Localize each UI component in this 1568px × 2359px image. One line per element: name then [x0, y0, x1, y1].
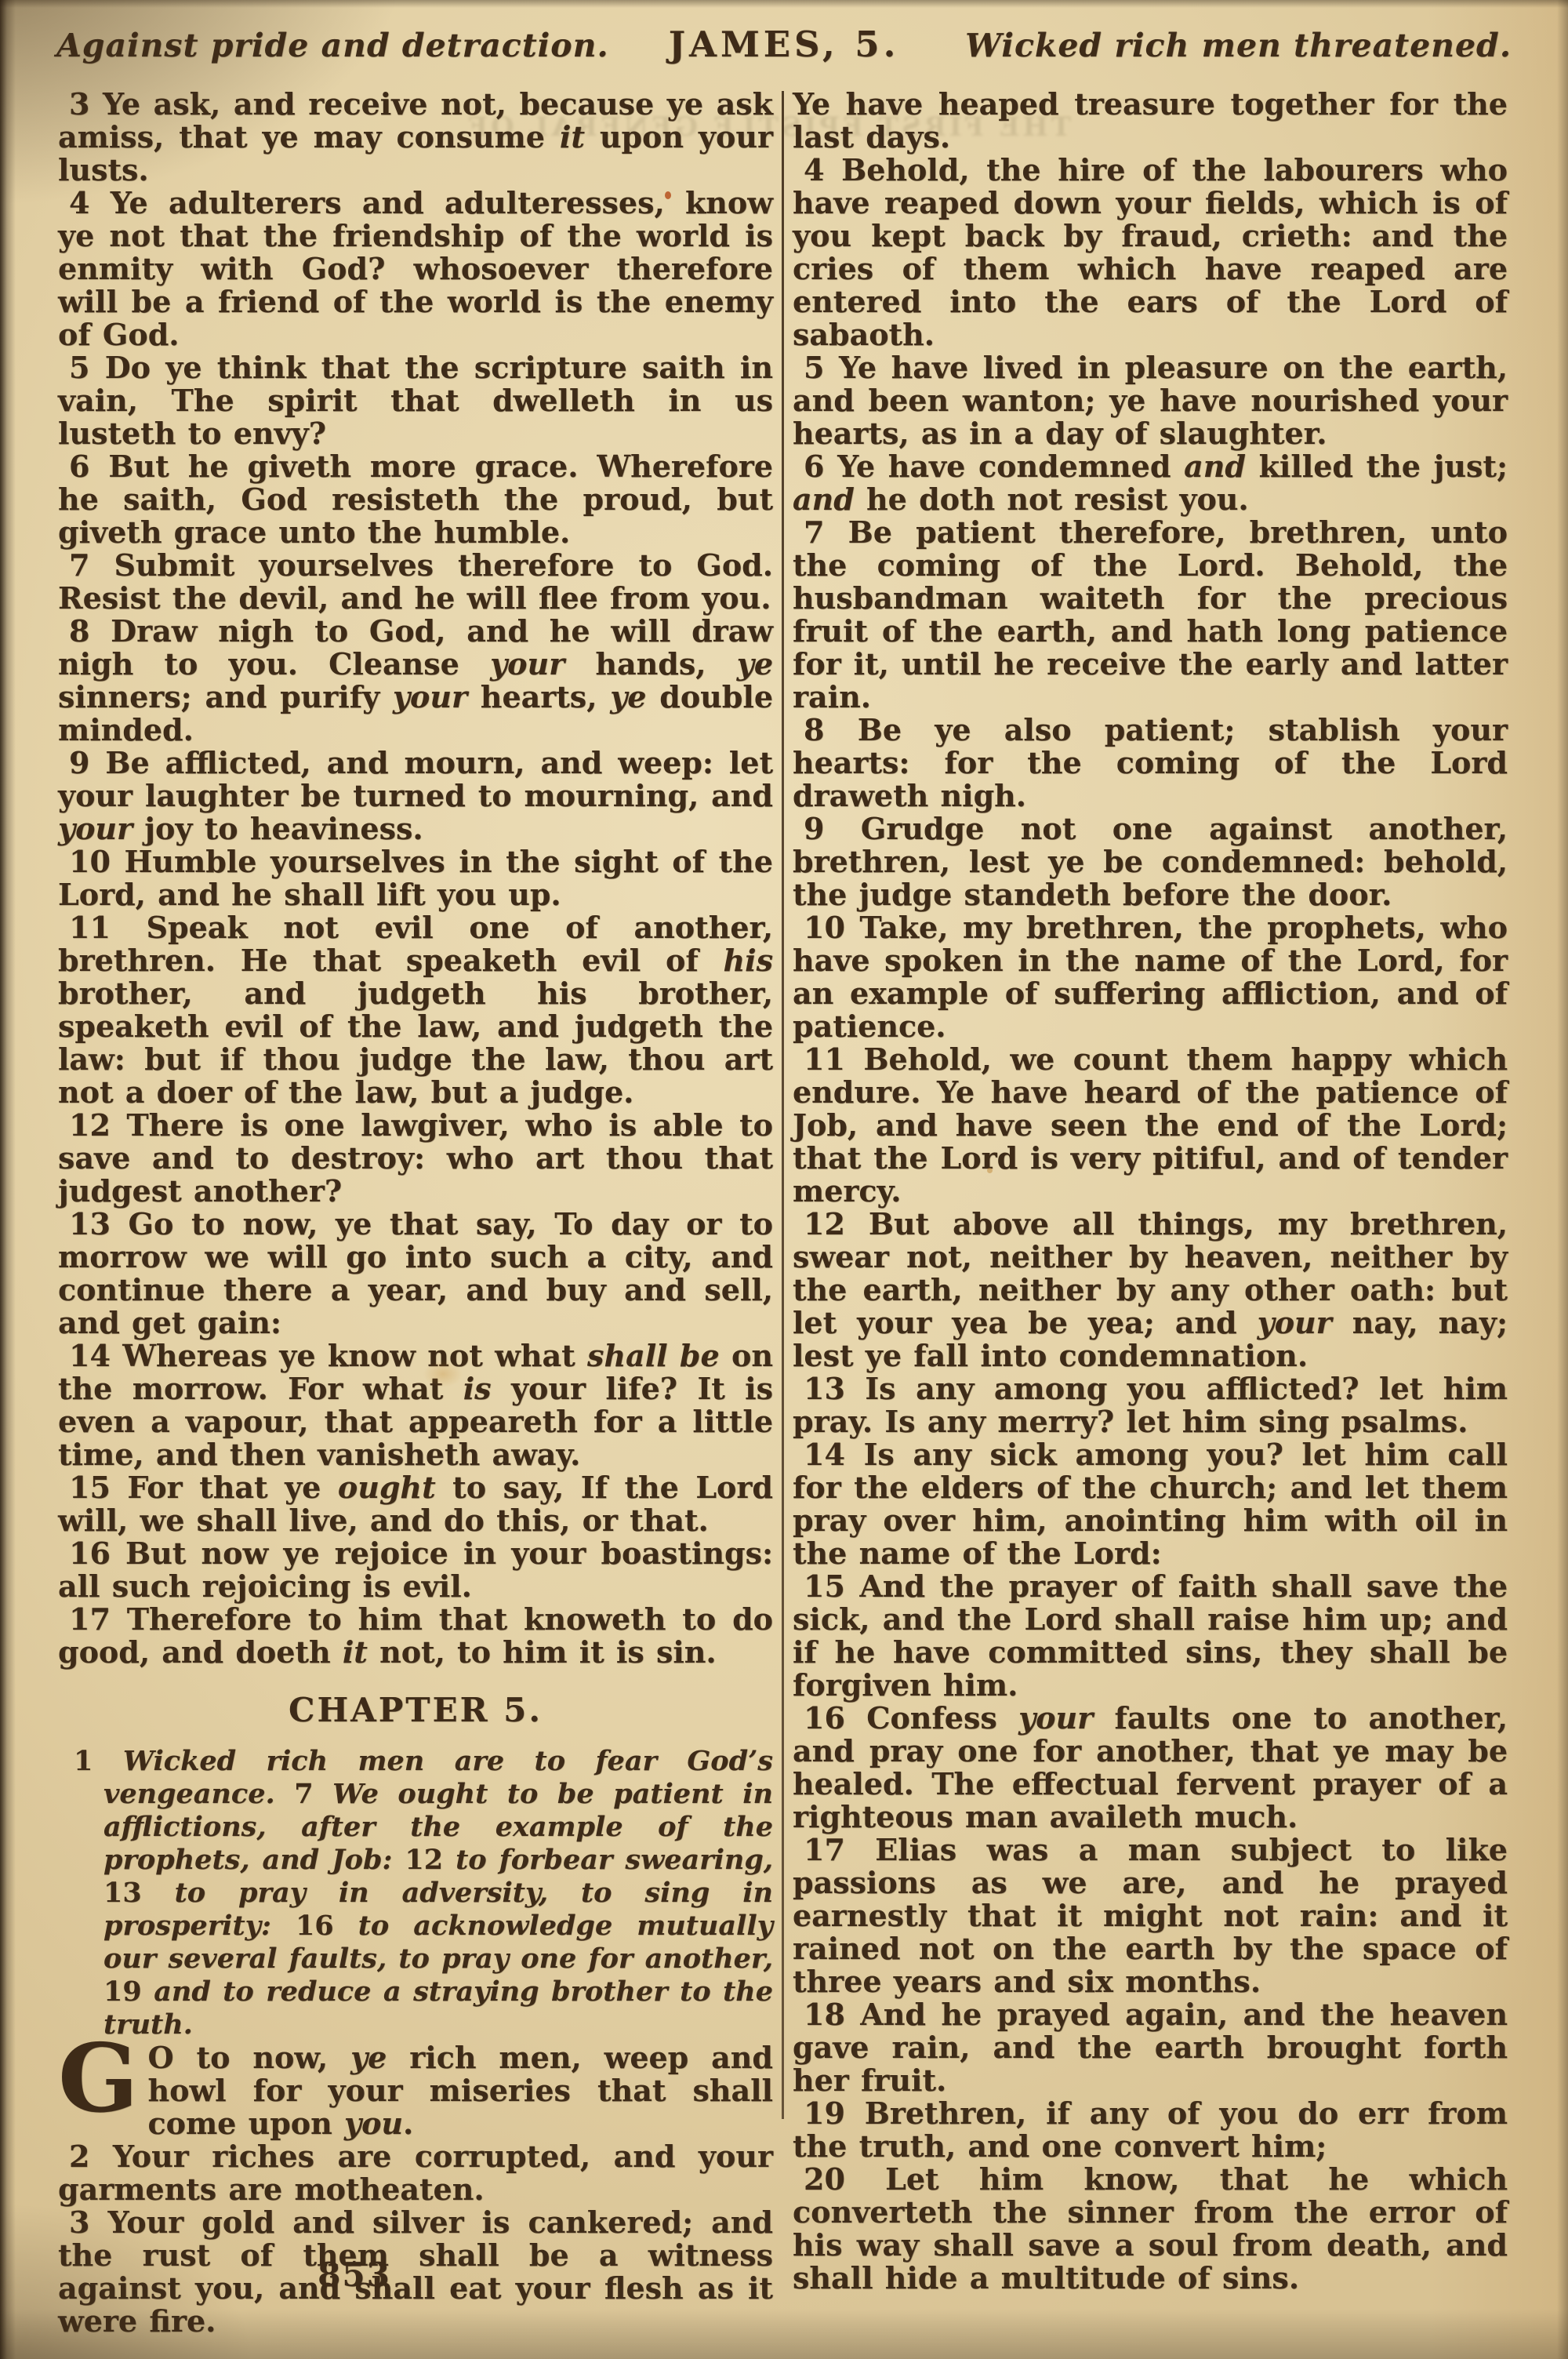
verse: 18 And he prayed again, and the heaven g…	[793, 1998, 1508, 2097]
verse: 8 Be ye also patient; stablish your hear…	[793, 714, 1508, 812]
verse: 8 Draw nigh to God, and he will draw nig…	[58, 615, 773, 747]
left-column: 3 Ye ask, and receive not, because ye as…	[58, 88, 773, 2338]
verse: 10 Humble yourselves in the sight of the…	[58, 845, 773, 911]
verse: 16 Confess your faults one to another, a…	[793, 1702, 1508, 1834]
page-number: 853	[318, 2255, 391, 2294]
paper-stain	[423, 1361, 463, 1387]
ink-speck	[987, 1168, 993, 1173]
verse: 14 Is any sick among you? let him call f…	[793, 1438, 1508, 1570]
running-head-left: Against pride and detraction.	[56, 27, 609, 64]
ink-speck	[665, 191, 671, 199]
verse: 16 But now ye rejoice in your boastings:…	[58, 1537, 773, 1603]
verse: 9 Grudge not one against another, brethr…	[793, 812, 1508, 911]
verse: 5 Do ye think that the scripture saith i…	[58, 351, 773, 450]
verse: 10 Take, my brethren, the prophets, who …	[793, 911, 1508, 1043]
text-columns: 3 Ye ask, and receive not, because ye as…	[58, 88, 1510, 2338]
verse: 11 Behold, we count them happy which end…	[793, 1043, 1508, 1208]
verse: 17 Therefore to him that knoweth to do g…	[58, 1603, 773, 1669]
running-head: Against pride and detraction. JAMES, 5. …	[56, 24, 1512, 65]
verse: GO to now, ye rich men, weep and howl fo…	[58, 2041, 773, 2140]
verse: 13 Is any among you afflicted? let him p…	[793, 1372, 1508, 1438]
drop-cap-initial: G	[58, 2041, 147, 2112]
verse: 15 And the prayer of faith shall save th…	[793, 1570, 1508, 1702]
verse: 12 There is one lawgiver, who is able to…	[58, 1109, 773, 1208]
chapter-heading: CHAPTER 5.	[58, 1691, 773, 1729]
verse: 13 Go to now, ye that say, To day or to …	[58, 1208, 773, 1339]
right-column: Ye have heaped treasure together for the…	[793, 88, 1508, 2295]
running-head-right: Wicked rich men threatened.	[965, 27, 1512, 64]
verse: 17 Elias was a man subject to like passi…	[793, 1834, 1508, 1998]
verse: 14 Whereas ye know not what shall be on …	[58, 1339, 773, 1471]
verse: 6 Ye have condemned and killed the just;…	[793, 450, 1508, 516]
verse: 12 But above all things, my brethren, sw…	[793, 1208, 1508, 1372]
bible-page: THE FIRST EPISTLE GENERAL OF Against pri…	[0, 0, 1568, 2359]
verse: 15 For that ye ought to say, If the Lord…	[58, 1471, 773, 1537]
verse: Ye have heaped treasure together for the…	[793, 88, 1508, 154]
running-head-title: JAMES, 5.	[669, 24, 900, 65]
verse: 20 Let him know, that he which convertet…	[793, 2163, 1508, 2295]
verse: 19 Brethren, if any of you do err from t…	[793, 2097, 1508, 2163]
verse: 3 Ye ask, and receive not, because ye as…	[58, 88, 773, 187]
verse: 4 Behold, the hire of the labourers who …	[793, 154, 1508, 351]
verse: 2 Your riches are corrupted, and your ga…	[58, 2140, 773, 2206]
column-divider-rule	[782, 91, 784, 2119]
verse: 11 Speak not evil one of another, brethr…	[58, 911, 773, 1109]
verse: 9 Be afflicted, and mourn, and weep: let…	[58, 747, 773, 845]
verse: 7 Submit yourselves therefore to God. Re…	[58, 549, 773, 615]
verse: 6 But he giveth more grace. Wherefore he…	[58, 450, 773, 549]
verse: 3 Your gold and silver is cankered; and …	[58, 2206, 773, 2338]
verse: 4 Ye adulterers and adulteresses, know y…	[58, 187, 773, 351]
chapter-summary: 1 Wicked rich men are to fear God’s veng…	[58, 1745, 773, 2041]
verse: 7 Be patient therefore, brethren, unto t…	[793, 516, 1508, 714]
verse: 5 Ye have lived in pleasure on the earth…	[793, 351, 1508, 450]
